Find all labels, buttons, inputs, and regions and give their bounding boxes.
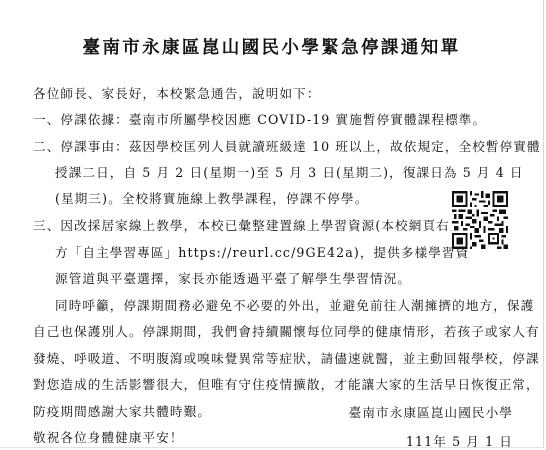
signature-date: 111年 5 月 1 日 <box>406 431 513 450</box>
qr-code-icon[interactable] <box>452 191 508 249</box>
paragraph-line-5: 防疫期間感謝大家共體時艱。 <box>33 404 211 420</box>
notice-page: 臺南市永康區崑山國民小學緊急停課通知單 各位師長、家長好，本校緊急通告，說明如下… <box>0 0 544 448</box>
document-title: 臺南市永康區崑山國民小學緊急停課通知單 <box>0 34 543 59</box>
item-3-line-2-with-link[interactable]: 方「自主學習專區」https://reurl.cc/9GE42a)，提供多樣學習… <box>55 245 469 261</box>
item-2-line-1: 二、停課事由：茲因學校匡列人員就讀班級達 10 班以上，故依規定，全校暫停實體 <box>33 139 541 155</box>
signature-school: 臺南市永康區崑山國民小學 <box>349 402 513 421</box>
paragraph-line-1: 同時呼籲，停課期間務必避免不必要的外出，並避免前往人潮擁擠的地方，保護 <box>55 298 534 314</box>
item-3-line-1: 三、因改採居家線上教學，本校已彙整建置線上學習資源(本校網頁右上 <box>33 218 464 234</box>
item-1-line-1: 一、停課依據：臺南市所屬學校因應 COVID-19 實施暫停實體課程標準。 <box>33 112 486 128</box>
item-2-line-3: (星期三)。全校將實施線上教學課程，停課不停學。 <box>55 191 368 207</box>
greeting: 各位師長、家長好，本校緊急通告，說明如下： <box>33 86 321 102</box>
paragraph-line-2: 自己也保護別人。停課期間，我們會持續關懷每位同學的健康情形，若孩子或家人有 <box>33 324 540 340</box>
item-2-line-2: 授課二日，自 5 月 2 日(星期一)至 5 月 3 日(星期二)，復課日為 5… <box>55 165 524 181</box>
paragraph-line-3: 發燒、呼吸道、不明腹瀉或嗅味覺異常等症狀，請儘速就醫，並主動回報學校，停課 <box>33 351 540 367</box>
item-3-line-3: 源管道與平臺選擇，家長亦能透過平臺了解學生學習情況。 <box>55 271 411 287</box>
closing-blessing: 敬祝各位身體健康平安！ <box>33 430 184 446</box>
paragraph-line-4: 對您造成的生活影響很大，但唯有守住疫情擴散，才能讓大家的生活早日恢復正常， <box>33 377 540 393</box>
